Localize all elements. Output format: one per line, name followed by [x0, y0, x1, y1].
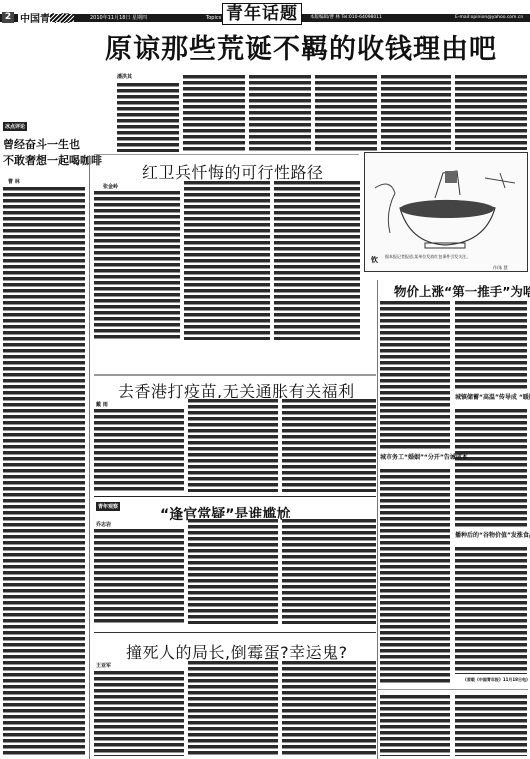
article-4-body-col1	[94, 670, 184, 756]
article-3-tag: 青年观察	[96, 502, 120, 511]
article-byline-4: 王亚军	[96, 662, 111, 669]
cartoon-image: 钦 据本报记者报道,某单位发放红包事件引发关注。 作/朱 慧	[364, 152, 528, 272]
right-subhead-1: 城市务工“婚姻”“分开”告诫成本	[380, 452, 450, 461]
issue-date: 2010年11月18日 星期四	[90, 14, 147, 22]
lead-byline: 潘洪其	[117, 73, 132, 80]
lead-body-col5	[381, 74, 451, 150]
cartoon-credit: 作/朱 慧	[493, 265, 508, 270]
section-rule	[94, 154, 359, 155]
lead-headline: 原谅那些荒诞不羁的收钱理由吧	[105, 27, 497, 66]
sidebar-headline-line2: 不敢奢想一起喝咖啡	[3, 152, 102, 169]
sidebar-body	[3, 186, 85, 756]
lead-body-col3	[249, 74, 311, 152]
section-rule	[94, 632, 376, 633]
right-subhead-2: 城镇储蓄“高温”传导成 “暖阳”	[455, 392, 527, 401]
article-3-body-col3	[282, 518, 376, 624]
article-2-body-col2	[188, 398, 278, 492]
article-2-body-col3	[282, 398, 376, 492]
column-divider	[89, 155, 90, 759]
article-1-body-col3	[274, 180, 360, 340]
article-1-body-col1	[94, 190, 180, 340]
bottom-right-body-col1	[380, 694, 450, 756]
right-article-body-col2b	[455, 408, 527, 528]
article-4-body-col3	[282, 660, 376, 756]
article-3-body-col2	[188, 518, 278, 624]
article-byline-3: 乔志岩	[96, 521, 111, 528]
article-byline-2: 戴 雨	[96, 401, 108, 408]
page-number: 2	[2, 12, 14, 23]
lead-body-col6	[455, 74, 527, 150]
article-3-body-col1	[94, 528, 184, 624]
bottom-right-body-col2	[455, 694, 527, 756]
right-article-body-col2c	[455, 546, 527, 674]
cartoon-caption: 据本报记者报道,某单位发放红包事件引发关注。	[385, 254, 525, 259]
right-article-body-col2a	[455, 300, 527, 390]
section-rule	[378, 689, 528, 690]
article-2-body-col1	[94, 408, 184, 492]
editor-line: 本版编辑/曹 林 Tel:010-64098011	[310, 14, 382, 22]
contact-email: E-mail:opinion@yahoo.com.cn	[455, 14, 523, 22]
right-article-dateline: (原载《中国青年报》11月18日电)	[465, 677, 528, 682]
sidebar-byline: 曹 林	[8, 178, 20, 185]
hatch-decoration	[50, 14, 74, 22]
cartoon-label: 钦	[371, 255, 378, 265]
bowl-cartoon-icon	[365, 153, 527, 253]
section-rule	[94, 496, 376, 497]
section-rule	[94, 374, 376, 376]
sidebar-tag: 冰点评论	[3, 122, 27, 131]
article-byline-1: 张金岭	[103, 183, 118, 190]
right-article-body-col1b	[380, 468, 450, 683]
lead-body-col4	[315, 74, 377, 152]
right-article-headline: 物价上涨“第一推手”为啥是食品	[394, 282, 530, 300]
article-1-body-col2	[184, 180, 270, 340]
section-title: 青年话题	[222, 3, 302, 25]
right-subhead-3: 播种后的“谷物价值”发涨食品价格理解	[455, 530, 527, 539]
lead-body-col1	[117, 82, 179, 152]
lead-body-col2	[183, 74, 245, 152]
topics-label: Topics	[206, 14, 221, 22]
article-4-body-col2	[188, 660, 278, 756]
column-divider	[377, 280, 378, 759]
sidebar-headline-line1: 曾经奋斗一生也	[3, 136, 80, 153]
right-article-body-col1	[380, 300, 450, 450]
